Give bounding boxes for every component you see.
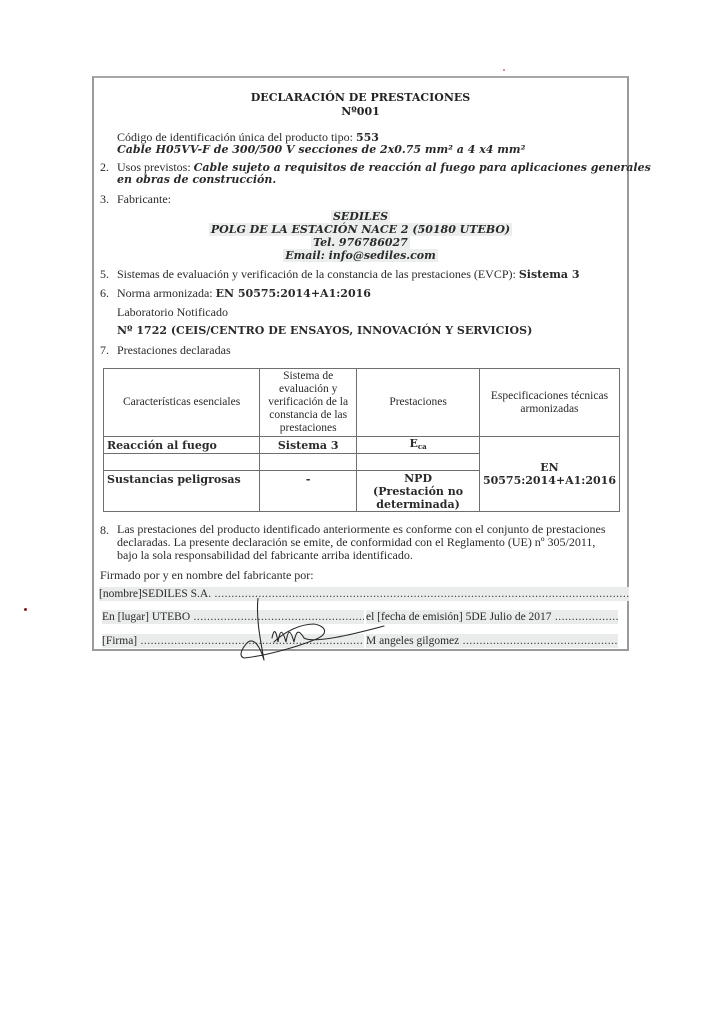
- signature-field-label: [Firma]: [102, 635, 137, 647]
- harmonized-standard-line: Norma armonizada: EN 50575:2014+A1:2016: [117, 286, 371, 301]
- spec-line-1: EN: [483, 461, 616, 474]
- document-number: Nº001: [94, 105, 627, 118]
- header-technical-specs: Especificaciones técnicas armonizadas: [479, 369, 619, 437]
- harmonized-standard-label: Norma armonizada:: [117, 286, 216, 300]
- item-7-number: 7.: [100, 343, 109, 357]
- manufacturer-address: POLG DE LA ESTACIÓN NACE 2 (50180 UTEBO): [209, 223, 512, 236]
- item-5-number: 5.: [100, 267, 109, 281]
- intended-use-label: Usos previstos:: [117, 160, 194, 174]
- handwritten-signature-icon: [234, 598, 394, 668]
- item-8-number: 8.: [100, 523, 109, 537]
- declaration-frame: DECLARACIÓN DE PRESTACIONES Nº001 Código…: [92, 76, 629, 651]
- signed-by-label: Firmado por y en nombre del fabricante p…: [100, 568, 314, 582]
- scan-speck: [24, 608, 27, 611]
- declared-performance-label: Prestaciones declaradas: [117, 343, 231, 357]
- manufacturer-label: Fabricante:: [117, 192, 171, 206]
- spec-line-2: 50575:2014+A1:2016: [483, 474, 616, 487]
- document-title: DECLARACIÓN DE PRESTACIONES: [94, 91, 627, 104]
- intended-use-value-cont: en obras de construcción.: [117, 173, 276, 187]
- harmonized-standard-value: EN 50575:2014+A1:2016: [216, 287, 371, 300]
- manufacturer-tel: Tel. 976786027: [311, 236, 410, 249]
- notified-lab-label: Laboratorio Notificado: [117, 305, 228, 319]
- item-6-number: 6.: [100, 286, 109, 300]
- item-3-number: 3.: [100, 192, 109, 206]
- table-row: Reacción al fuego Sistema 3 Eca EN 50575…: [104, 437, 620, 454]
- evcp-value: Sistema 3: [519, 268, 580, 281]
- row-characteristic: [104, 454, 260, 471]
- performance-class: E: [409, 437, 417, 450]
- item-2-number: 2.: [100, 160, 109, 174]
- row-performance: Eca: [357, 437, 480, 454]
- signer-field: M angeles gilgomez .....................…: [366, 634, 618, 648]
- scan-speck: [503, 69, 505, 71]
- manufacturer-block: SEDILES POLG DE LA ESTACIÓN NACE 2 (5018…: [94, 210, 627, 262]
- row-system: Sistema 3: [260, 437, 357, 454]
- performance-table: Características esenciales Sistema de ev…: [103, 368, 620, 512]
- product-description: Cable H05VV-F de 300/500 V secciones de …: [117, 143, 525, 157]
- table-header-row: Características esenciales Sistema de ev…: [104, 369, 620, 437]
- place-field-value: En [lugar] UTEBO: [102, 611, 190, 623]
- row-system: [260, 454, 357, 471]
- evcp-label: Sistemas de evaluación y verificación de…: [117, 267, 519, 281]
- name-field-value: [nombre]SEDILES S.A.: [99, 588, 211, 600]
- performance-class-sub: ca: [418, 442, 427, 451]
- row-performance: [357, 454, 480, 471]
- product-code-label: Código de identificación única del produ…: [117, 130, 356, 144]
- manufacturer-name: SEDILES: [331, 210, 390, 223]
- row-system: -: [260, 471, 357, 512]
- header-evaluation-system: Sistema de evaluación y verificación de …: [260, 369, 357, 437]
- header-characteristics: Características esenciales: [104, 369, 260, 437]
- evcp-line: Sistemas de evaluación y verificación de…: [117, 267, 580, 282]
- date-field: el [fecha de emisión] 5DE Julio de 2017 …: [366, 610, 618, 624]
- row-technical-spec: EN 50575:2014+A1:2016: [479, 437, 619, 512]
- header-performance: Prestaciones: [357, 369, 480, 437]
- conformity-statement: Las prestaciones del producto identifica…: [117, 523, 605, 562]
- row-characteristic: Sustancias peligrosas: [104, 471, 260, 512]
- manufacturer-email: Email: info@sediles.com: [283, 249, 438, 262]
- conformity-line-3: bajo la sola responsabilidad del fabrica…: [117, 549, 605, 562]
- row-characteristic: Reacción al fuego: [104, 437, 260, 454]
- row-performance: NPD (Prestación no determinada): [357, 471, 480, 512]
- notified-lab-value: Nº 1722 (CEIS/CENTRO DE ENSAYOS, INNOVAC…: [117, 324, 532, 338]
